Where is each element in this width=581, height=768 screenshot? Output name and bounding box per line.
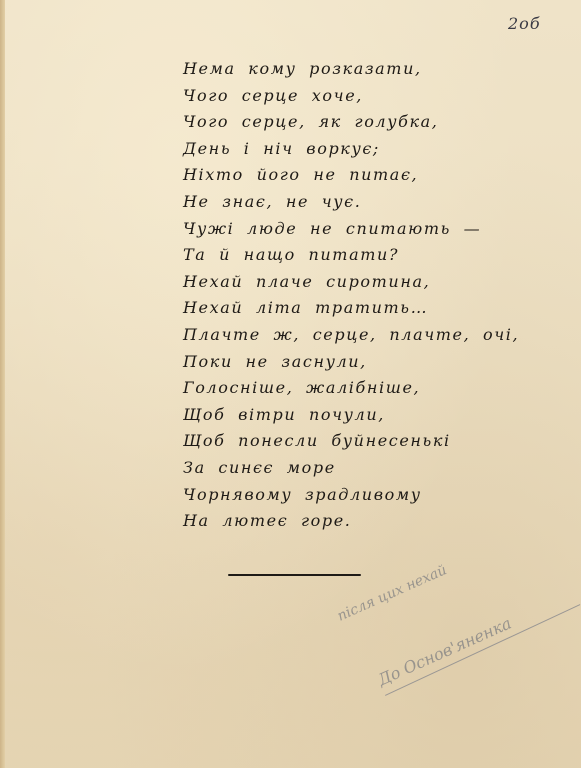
- end-rule-divider: [228, 574, 361, 576]
- poem-line: Нехай літа тратить…: [183, 295, 563, 322]
- poem-line: За синєє море: [183, 455, 563, 482]
- poem-line: Не знає, не чує.: [183, 189, 563, 216]
- poem-line: Голосніше, жалібніше,: [183, 375, 563, 402]
- poem-line: Нема кому розказати,: [183, 56, 563, 83]
- poem-line: Чого серце хоче,: [183, 83, 563, 110]
- poem-text: Нема кому розказати, Чого серце хоче, Чо…: [183, 56, 563, 535]
- pencil-underline: [385, 604, 580, 696]
- poem-line: Та й нащо питати?: [183, 242, 563, 269]
- pencil-annotation-line-2: До Основ'яненка: [375, 613, 514, 689]
- poem-line: День і ніч воркує;: [183, 136, 563, 163]
- page-edge: [0, 0, 5, 768]
- poem-line: Чужі люде не спитають —: [183, 216, 563, 243]
- manuscript-page: 2об Нема кому розказати, Чого серце хоче…: [0, 0, 581, 768]
- poem-line: Нехай плаче сиротина,: [183, 269, 563, 296]
- poem-line: На лютеє горе.: [183, 508, 563, 535]
- poem-line: Щоб вітри почули,: [183, 402, 563, 429]
- folio-number: 2об: [508, 14, 541, 33]
- poem-line: Плачте ж, серце, плачте, очі,: [183, 322, 563, 349]
- poem-line: Чорнявому зрадливому: [183, 482, 563, 509]
- poem-line: Ніхто його не питає,: [183, 162, 563, 189]
- poem-line: Чого серце, як голубка,: [183, 109, 563, 136]
- poem-line: Щоб понесли буйнесенькі: [183, 428, 563, 455]
- pencil-annotation-line-1: після цих нехай: [335, 562, 449, 625]
- poem-line: Поки не заснули,: [183, 349, 563, 376]
